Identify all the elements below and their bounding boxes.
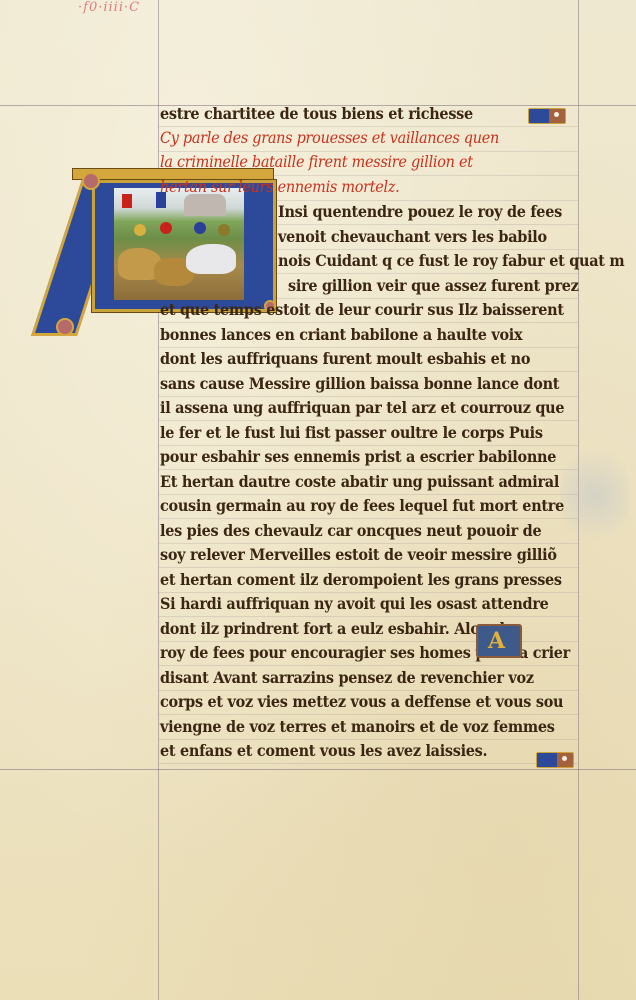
text-line: Insi quentendre pouez le roy de fees [278, 202, 562, 226]
red-banner-icon [122, 194, 132, 208]
manuscript-page: ·f0·iiii·C estre chartitee de tous biens… [0, 0, 636, 1000]
knight-icon [218, 224, 230, 236]
text-line: nois Cuidant q ce fust le roy fabur et q… [278, 251, 624, 275]
knight-icon [134, 224, 146, 236]
knight-icon [194, 222, 206, 234]
small-initial-A: A [476, 624, 522, 658]
text-line: Cy parle des grans prouesses et vaillanc… [160, 129, 499, 153]
text-line: les pies des chevaulz car oncques neut p… [160, 521, 541, 545]
text-line: cousin germain au roy de fees lequel fut… [160, 496, 564, 520]
text-line: et enfans et coment vous les avez laissi… [160, 741, 487, 765]
small-initial-letter: A [488, 628, 505, 654]
flourish-top-left [82, 172, 100, 190]
text-line: sans cause Messire gillion baissa bonne … [160, 374, 559, 398]
text-line: dont ilz prindrent fort a eulz esbahir. … [160, 619, 514, 643]
text-line: le fer et le fust lui fist passer oultre… [160, 423, 543, 447]
bottom-rule [0, 769, 636, 770]
folio-number: ·f0·iiii·C [78, 0, 140, 15]
text-line: dont les auffriquans furent moult esbahi… [160, 349, 530, 373]
text-line: sire gillion veir que assez furent prez [288, 276, 579, 300]
line-filler-ornament [528, 108, 566, 124]
water-stain [560, 440, 630, 550]
text-line: et que temps estoit de leur courir sus I… [160, 300, 564, 324]
text-line: et hertan coment ilz derompoient les gra… [160, 570, 562, 594]
text-line: venoit chevauchant vers les babilo [278, 227, 547, 251]
text-line: soy relever Merveilles estoit de veoir m… [160, 545, 557, 569]
text-line: estre chartitee de tous biens et richess… [160, 104, 473, 128]
knight-icon [160, 222, 172, 234]
text-line: il assena ung auffriquan par tel arz et … [160, 398, 564, 422]
white-horse-icon [186, 244, 236, 274]
flourish-bottom-left [56, 318, 74, 336]
text-line: corps et voz vies mettez vous a deffense… [160, 692, 563, 716]
text-line: disant Avant sarrazins pensez de revench… [160, 668, 534, 692]
text-line: hertan sur leurs ennemis mortelz. [160, 178, 399, 202]
battle-scene-miniature [114, 188, 244, 300]
text-line: pour esbahir ses ennemis prist a escrier… [160, 447, 556, 471]
text-line: la criminelle bataille firent messire gi… [160, 153, 473, 177]
text-line: viengne de voz terres et manoirs et de v… [160, 717, 555, 741]
text-line: Et hertan dautre coste abatir ung puissa… [160, 472, 559, 496]
line-filler-ornament [536, 752, 574, 768]
text-line: bonnes lances en criant babilone a hault… [160, 325, 522, 349]
text-line: Si hardi auffriquan ny avoit qui les osa… [160, 594, 549, 618]
